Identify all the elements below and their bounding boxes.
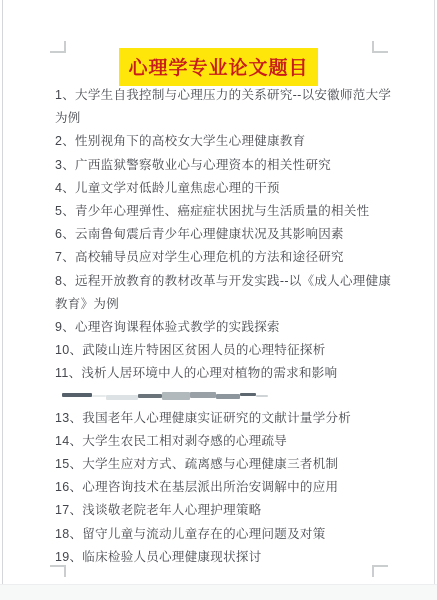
list-item: 3、广西监狱警察敬业心与心理资本的相关性研究 bbox=[55, 154, 392, 177]
thesis-topic-list: 1、大学生自我控制与心理压力的关系研究--以安徽师范大学为例 2、性别视角下的高… bbox=[0, 84, 437, 569]
list-item: 2、性别视角下的高校女大学生心理健康教育 bbox=[55, 130, 392, 153]
page-right-edge bbox=[434, 0, 435, 600]
list-item: 15、大学生应对方式、疏离感与心理健康三者机制 bbox=[55, 453, 392, 476]
document-page: 心理学专业论文题目 1、大学生自我控制与心理压力的关系研究--以安徽师范大学为例… bbox=[0, 0, 437, 600]
list-item: 13、我国老年人心理健康实证研究的文献计量学分析 bbox=[55, 407, 392, 430]
list-item: 11、浅析人居环境中人的心理对植物的需求和影响 bbox=[55, 362, 392, 385]
list-item: 4、儿童文学对低龄儿童焦虑心理的干预 bbox=[55, 177, 392, 200]
page-title: 心理学专业论文题目 bbox=[128, 58, 308, 79]
list-item: 1、大学生自我控制与心理压力的关系研究--以安徽师范大学为例 bbox=[55, 84, 392, 130]
list-item: 7、高校辅导员应对学生心理危机的方法和途径研究 bbox=[55, 246, 392, 269]
page-left-edge bbox=[2, 0, 3, 600]
list-item: 9、心理咨询课程体验式教学的实践探索 bbox=[55, 316, 392, 339]
list-item: 5、青少年心理弹性、癌症症状困扰与生活质量的相关性 bbox=[55, 200, 392, 223]
list-item: 6、云南鲁甸震后青少年心理健康状况及其影响因素 bbox=[55, 223, 392, 246]
background-below-page bbox=[0, 585, 437, 600]
list-item: 18、留守儿童与流动儿童存在的心理问题及对策 bbox=[55, 523, 392, 546]
list-item: 10、武陵山连片特困区贫困人员的心理特征探析 bbox=[55, 339, 392, 362]
list-item: 17、浅谈敬老院老年人心理护理策略 bbox=[55, 499, 392, 522]
list-item: 16、心理咨询技术在基层派出所治安调解中的应用 bbox=[55, 476, 392, 499]
list-item: 14、大学生农民工相对剥夺感的心理疏导 bbox=[55, 430, 392, 453]
list-item: 19、临床检验人员心理健康现状探讨 bbox=[55, 546, 392, 569]
list-item: 8、远程开放教育的教材改革与开发实践--以《成人心理健康教育》为例 bbox=[55, 270, 392, 316]
title-highlight: 心理学专业论文题目 bbox=[119, 48, 317, 86]
title-row: 心理学专业论文题目 bbox=[0, 48, 437, 86]
scribbled-out-line bbox=[62, 392, 268, 400]
